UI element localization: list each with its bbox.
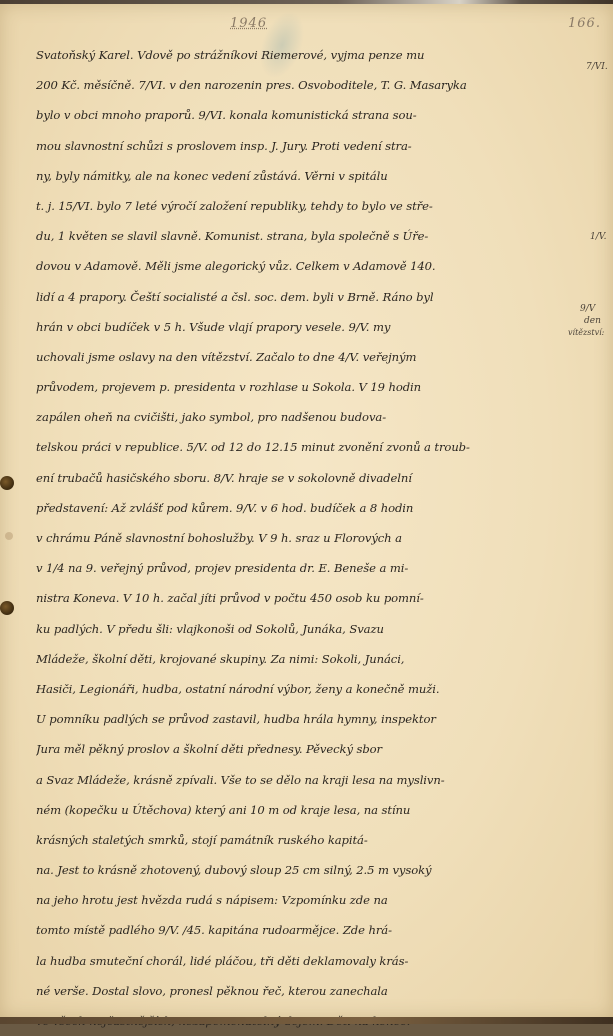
binding-hole-top (0, 476, 14, 490)
text-line: U pomníku padlých se průvod zastavil, hu… (36, 704, 556, 734)
text-line: nistra Koneva. V 10 h. začal jíti průvod… (36, 583, 556, 613)
text-line: mou slavnostní schůzi s proslovem insp. … (36, 131, 556, 161)
margin-note-word: den (584, 316, 601, 326)
text-line: né verše. Dostal slovo, pronesl pěknou ř… (36, 976, 556, 1006)
text-line: uchovali jsme oslavy na den vítězství. Z… (36, 342, 556, 372)
text-line: Jura měl pěkný proslov a školní děti pře… (36, 734, 556, 764)
page-year: 1946 (230, 16, 267, 31)
text-line: Hasiči, Legionáři, hudba, ostatní národn… (36, 674, 556, 704)
text-line: na jeho hrotu jest hvězda rudá s nápisem… (36, 885, 556, 915)
text-line: ném (kopečku u Útěchova) který ani 10 m … (36, 795, 556, 825)
margin-note-date: 1/V. (590, 232, 607, 242)
binding-hole-bottom (0, 601, 14, 615)
text-line: 200 Kč. měsíčně. 7/VI. v den narozenin p… (36, 70, 556, 100)
text-line: v chrámu Páně slavnostní bohoslužby. V 9… (36, 523, 556, 553)
text-line: telskou práci v republice. 5/V. od 12 do… (36, 432, 556, 462)
text-line: Svatoňský Karel. Vdově po strážníkovi Ri… (36, 40, 556, 70)
chronicle-page: 1946 166. Svatoňský Karel. Vdově po strá… (0, 4, 613, 1018)
text-line: la hudba smuteční chorál, lidé pláčou, t… (36, 946, 556, 976)
text-line: ení trubačů hasičského sboru. 8/V. hraje… (36, 463, 556, 493)
text-line: du, 1 květen se slavil slavně. Komunist.… (36, 221, 556, 251)
text-line: ny, byly námitky, ale na konec vedení zů… (36, 161, 556, 191)
page-number: 166. (568, 16, 601, 31)
text-line: dovou v Adamově. Měli jsme alegorický vů… (36, 251, 556, 281)
text-line: na. Jest to krásně zhotovený, dubový slo… (36, 855, 556, 885)
text-line: v 1/4 na 9. veřejný průvod, projev presi… (36, 553, 556, 583)
scan-bottom-edge (0, 1017, 613, 1024)
margin-note-word: vítězství: (568, 328, 604, 338)
text-line: bylo v obci mnoho praporů. 9/VI. konala … (36, 100, 556, 130)
text-line: průvodem, projevem p. presidenta v rozhl… (36, 372, 556, 402)
binding-hole-mark (5, 532, 13, 540)
text-line: krásných staletých smrků, stojí památník… (36, 825, 556, 855)
text-line: představení: Až zvlášť pod kůrem. 9/V. v… (36, 493, 556, 523)
text-line: tomto místě padlého 9/V. /45. kapitána r… (36, 915, 556, 945)
text-line: lidí a 4 prapory. Čeští socialisté a čsl… (36, 282, 556, 312)
margin-note-date: 7/VI. (586, 62, 608, 72)
text-line: a Svaz Mládeže, krásně zpívali. Vše to s… (36, 765, 556, 795)
handwritten-text-body: Svatoňský Karel. Vdově po strážníkovi Ri… (36, 40, 556, 1024)
text-line: hrán v obci budíček v 5 h. Všude vlají p… (36, 312, 556, 342)
text-line: t. j. 15/VI. bylo 7 leté výročí založení… (36, 191, 556, 221)
text-line: ku padlých. V předu šli: vlajkonoši od S… (36, 614, 556, 644)
text-line: zapálen oheň na cvičišti, jako symbol, p… (36, 402, 556, 432)
margin-note-date: 9/V (580, 304, 595, 314)
text-line: Mládeže, školní děti, krojované skupiny.… (36, 644, 556, 674)
